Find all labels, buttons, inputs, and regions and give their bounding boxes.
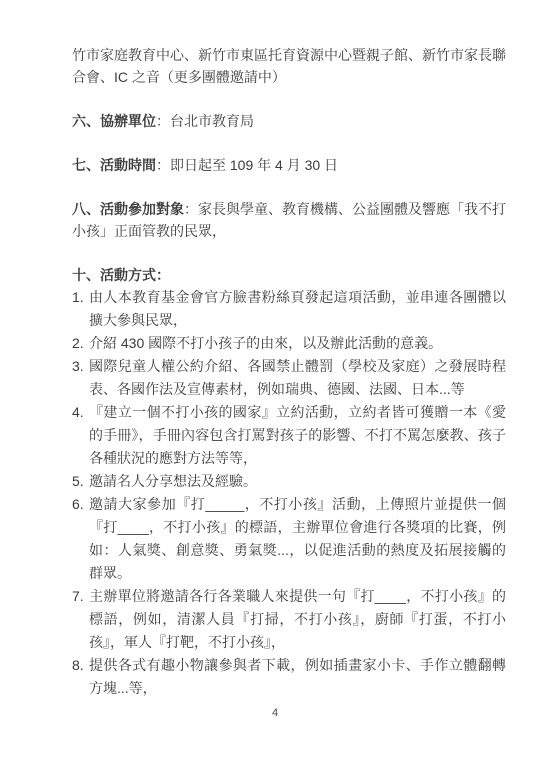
list-item-number: 1. [72, 286, 84, 309]
list-item-text: 提供各式有趣小物讓參與者下載，例如插畫家小卡、手作立體翻轉方塊...等， [89, 657, 506, 696]
section-time: 七、活動時間：即日起至 109 年 4 月 30 日 [72, 154, 506, 176]
list-item: 3.國際兒童人權公約介紹、各國禁止體罰（學校及家庭）之發展時程表、各國作法及宣傳… [72, 355, 506, 401]
list-item-number: 4. [72, 401, 84, 424]
list-item-text: 『建立一個不打小孩的國家』立約活動，立約者皆可獲贈一本《愛的手冊》，手冊內容包含… [89, 404, 506, 466]
page-number: 4 [0, 706, 550, 720]
list-item-text: 主辦單位將邀請各行各業職人來提供一句『打____，不打小孩』的標語，例如，清潔人… [89, 588, 506, 650]
intro-paragraph: 竹市家庭教育中心、新竹市東區托育資源中心暨親子館、新竹市家長聯合會、IC 之音（… [72, 44, 506, 88]
list-item-text: 邀請名人分享想法及經驗。 [89, 473, 257, 489]
section-time-content: ：即日起至 109 年 4 月 30 日 [156, 157, 338, 173]
list-item-text: 由人本教育基金會官方臉書粉絲頁發起這項活動，並串連各團體以擴大參與民眾， [89, 289, 506, 328]
section-activity-heading: 十、活動方式： [72, 264, 506, 286]
list-item: 1.由人本教育基金會官方臉書粉絲頁發起這項活動，並串連各團體以擴大參與民眾， [72, 286, 506, 332]
list-item: 4.『建立一個不打小孩的國家』立約活動，立約者皆可獲贈一本《愛的手冊》，手冊內容… [72, 401, 506, 470]
list-item-text: 國際兒童人權公約介紹、各國禁止體罰（學校及家庭）之發展時程表、各國作法及宣傳素材… [89, 358, 506, 397]
section-cohost-label: 六、協辦單位 [72, 113, 156, 129]
section-participants: 八、活動參加對象：家長與學童、教育機構、公益團體及響應「我不打小孩」正面管教的民… [72, 198, 506, 242]
list-item-number: 5. [72, 470, 84, 493]
list-item-number: 8. [72, 654, 84, 677]
document-page: 竹市家庭教育中心、新竹市東區托育資源中心暨親子館、新竹市家長聯合會、IC 之音（… [0, 0, 550, 778]
list-item: 2.介紹 430 國際不打小孩子的由來，以及辦此活動的意義。 [72, 332, 506, 355]
list-item-text: 邀請大家參加『打_____，不打小孩』活動，上傳照片並提供一個『打____，不打… [89, 496, 506, 581]
section-participants-label: 八、活動參加對象 [72, 201, 184, 217]
list-item-number: 6. [72, 493, 84, 516]
activity-list: 1.由人本教育基金會官方臉書粉絲頁發起這項活動，並串連各團體以擴大參與民眾， 2… [72, 286, 506, 700]
list-item: 8.提供各式有趣小物讓參與者下載，例如插畫家小卡、手作立體翻轉方塊...等， [72, 654, 506, 700]
list-item: 7.主辦單位將邀請各行各業職人來提供一句『打____，不打小孩』的標語，例如，清… [72, 585, 506, 654]
list-item-number: 2. [72, 332, 84, 355]
list-item-number: 7. [72, 585, 84, 608]
list-item-number: 3. [72, 355, 84, 378]
list-item-text: 介紹 430 國際不打小孩子的由來，以及辦此活動的意義。 [89, 335, 442, 351]
list-item: 6.邀請大家參加『打_____，不打小孩』活動，上傳照片並提供一個『打____，… [72, 493, 506, 585]
section-cohost: 六、協辦單位：台北市教育局 [72, 110, 506, 132]
section-time-label: 七、活動時間 [72, 157, 156, 173]
section-cohost-content: ：台北市教育局 [156, 113, 254, 129]
list-item: 5.邀請名人分享想法及經驗。 [72, 470, 506, 493]
